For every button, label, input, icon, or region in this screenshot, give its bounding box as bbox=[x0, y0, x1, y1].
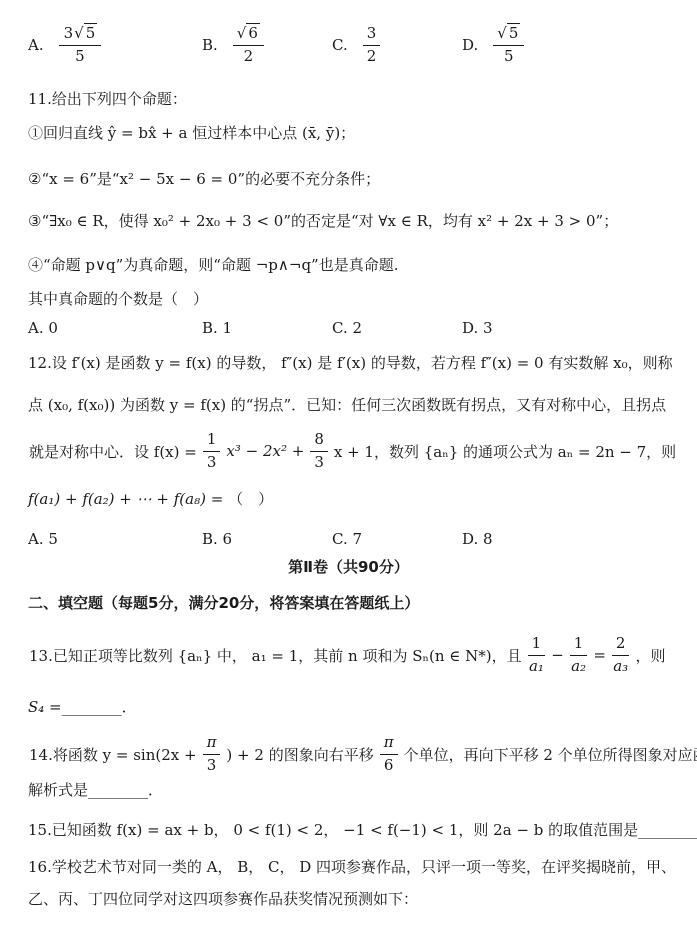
q12-fraction-2: 8 3 bbox=[310, 430, 328, 472]
q12-sum-expression: f(a₁) + f(a₂) + ⋯ + f(a₈) = bbox=[28, 490, 223, 508]
fraction-numerator: π bbox=[380, 733, 398, 755]
q12-line-4: f(a₁) + f(a₂) + ⋯ + f(a₈) = （ ） bbox=[28, 488, 273, 509]
q12-answer-a: A. 5 bbox=[28, 530, 58, 548]
fraction-denominator: 6 bbox=[384, 755, 394, 776]
radicand: 5 bbox=[507, 23, 521, 42]
sqrt-radical: √6 bbox=[237, 23, 260, 42]
fraction-denominator: 2 bbox=[367, 46, 377, 67]
fraction-numerator: 1 bbox=[528, 634, 546, 656]
fraction-denominator: a₂ bbox=[571, 656, 586, 677]
fraction-numerator: 1 bbox=[570, 634, 588, 656]
fill-in-header: 二、填空题（每题5分，满分20分，将答案填在答题纸上） bbox=[28, 592, 419, 613]
answer-blank: ________ bbox=[88, 781, 148, 799]
q11-answer-d: D. 3 bbox=[462, 319, 493, 337]
equals-sign: = bbox=[593, 646, 606, 664]
q11-answers-row: A. 0 B. 1 C. 2 D. 3 bbox=[0, 319, 697, 339]
q10-option-d: D. √5 5 bbox=[462, 24, 529, 66]
fraction-numerator: 3√5 bbox=[59, 24, 102, 46]
fraction-denominator: 3 bbox=[207, 452, 217, 473]
q11-item-4: ④“命题 p∨q”为真命题，则“命题 ¬p∧¬q”也是真命题. bbox=[28, 254, 398, 275]
q12-line3-tail: x + 1，数列 {aₙ} 的通项公式为 aₙ = 2n − 7，则 bbox=[334, 441, 676, 462]
q11-answer-c: C. 2 bbox=[332, 319, 362, 337]
q14-pre: 14.将函数 y = sin(2x + bbox=[29, 744, 197, 765]
fraction-denominator: 5 bbox=[75, 46, 85, 67]
q11-stem: 11.给出下列四个命题： bbox=[28, 88, 187, 109]
q13-tail: ，则 bbox=[635, 645, 665, 666]
q12-line-1: 12.设 f′(x) 是函数 y = f(x) 的导数， f″(x) 是 f′(… bbox=[28, 352, 673, 373]
q10-option-a: A. 3√5 5 bbox=[28, 24, 106, 66]
q10-option-a-fraction: 3√5 5 bbox=[59, 24, 102, 66]
q12-answer-b: B. 6 bbox=[202, 530, 232, 548]
q14-answer-label: 解析式是 bbox=[28, 781, 88, 799]
q12-answer-d: D. 8 bbox=[462, 530, 493, 548]
q13-answer-line: S₄ =________． bbox=[28, 696, 137, 717]
period: ． bbox=[122, 698, 137, 716]
radicand: 5 bbox=[84, 23, 98, 42]
q10-option-c-label: C. bbox=[332, 36, 348, 54]
fraction-numerator: π bbox=[203, 733, 221, 755]
fraction-denominator: a₃ bbox=[613, 656, 628, 677]
q11-item-1: ①回归直线 ŷ = bx̂ + a 恒过样本中心点 (x̄, ȳ)； bbox=[28, 122, 355, 143]
q10-option-b: B. √6 2 bbox=[202, 24, 269, 66]
fraction-numerator: 8 bbox=[310, 430, 328, 452]
q16-line-1: 16.学校艺术节对同一类的 A， B， C， D 四项参赛作品，只评一项一等奖，… bbox=[28, 856, 676, 877]
coefficient: 3 bbox=[64, 24, 74, 42]
q13-answer-lhs: S₄ = bbox=[28, 698, 62, 716]
q10-option-a-label: A. bbox=[28, 36, 44, 54]
q10-option-d-label: D. bbox=[462, 36, 478, 54]
fraction-denominator: 2 bbox=[244, 46, 254, 67]
q14-fraction-1: π 3 bbox=[203, 733, 221, 775]
q12-answers-row: A. 5 B. 6 C. 7 D. 8 bbox=[0, 530, 697, 550]
q13-line-1: 13.已知正项等比数列 {aₙ} 中， a₁ = 1，其前 n 项和为 Sₙ(n… bbox=[28, 634, 666, 676]
fraction-numerator: √6 bbox=[233, 24, 264, 46]
fraction-denominator: a₁ bbox=[529, 656, 544, 677]
sqrt-radical: √5 bbox=[497, 23, 520, 42]
q15-text: 15.已知函数 f(x) = ax + b， 0 < f(1) < 2， −1 … bbox=[28, 821, 638, 839]
q16-line-2: 乙、丙、丁四位同学对这四项参赛作品获奖情况预测如下： bbox=[28, 888, 418, 909]
minus-sign: − bbox=[551, 646, 564, 664]
answer-blank: ________ bbox=[62, 698, 122, 716]
q10-option-c-fraction: 3 2 bbox=[363, 24, 381, 66]
fraction-numerator: 1 bbox=[203, 430, 221, 452]
q11-item-2: ②“x = 6”是“x² − 5x − 6 = 0”的必要不充分条件； bbox=[28, 168, 380, 189]
q12-answer-bracket: （ ） bbox=[228, 490, 273, 508]
q12-line-3: 就是对称中心．设 f(x) = 1 3 x³ − 2x² + 8 3 x + 1… bbox=[28, 430, 677, 472]
q14-tail: 个单位，再向下平移 2 个单位所得图象对应函数的 bbox=[404, 744, 697, 765]
fraction-denominator: 3 bbox=[314, 452, 324, 473]
fraction-numerator: 3 bbox=[363, 24, 381, 46]
fraction-numerator: √5 bbox=[493, 24, 524, 46]
sqrt-radical: √5 bbox=[74, 23, 97, 42]
q13-pre: 13.已知正项等比数列 {aₙ} 中， a₁ = 1，其前 n 项和为 Sₙ(n… bbox=[29, 645, 522, 666]
q10-option-d-fraction: √5 5 bbox=[493, 24, 524, 66]
q12-fraction-1: 1 3 bbox=[203, 430, 221, 472]
q11-answer-a: A. 0 bbox=[28, 319, 58, 337]
q14-fraction-2: π 6 bbox=[380, 733, 398, 775]
q11-tail: 其中真命题的个数是（ ） bbox=[28, 288, 208, 309]
fraction-denominator: 5 bbox=[504, 46, 514, 67]
exam-page: A. 3√5 5 B. √6 2 C. 3 2 D. √5 5 bbox=[0, 0, 697, 926]
q14-mid: ) + 2 的图象向右平移 bbox=[226, 744, 373, 765]
period: ． bbox=[148, 781, 163, 799]
q12-line3-mid: x³ − 2x² + bbox=[226, 442, 304, 460]
q14-line-1: 14.将函数 y = sin(2x + π 3 ) + 2 的图象向右平移 π … bbox=[28, 733, 697, 775]
fraction-denominator: 3 bbox=[207, 755, 217, 776]
q13-fraction-b: 1 a₂ bbox=[570, 634, 588, 676]
answer-blank: ________ bbox=[638, 821, 697, 839]
q10-option-c: C. 3 2 bbox=[332, 24, 385, 66]
q10-option-b-fraction: √6 2 bbox=[233, 24, 264, 66]
q12-line3-pre: 就是对称中心．设 f(x) = bbox=[29, 441, 197, 462]
q11-item-3: ③“∃x₀ ∈ R，使得 x₀² + 2x₀ + 3 < 0”的否定是“对 ∀x… bbox=[28, 210, 618, 231]
q12-answer-c: C. 7 bbox=[332, 530, 362, 548]
q10-options-row: A. 3√5 5 B. √6 2 C. 3 2 D. √5 5 bbox=[0, 24, 697, 76]
q11-answer-b: B. 1 bbox=[202, 319, 232, 337]
q13-fraction-a: 1 a₁ bbox=[528, 634, 546, 676]
radicand: 6 bbox=[246, 23, 260, 42]
section2-title: 第Ⅱ卷（共90分） bbox=[0, 556, 697, 577]
q12-line-2: 点 (x₀, f(x₀)) 为函数 y = f(x) 的“拐点”．已知：任何三次… bbox=[28, 394, 666, 415]
fraction-numerator: 2 bbox=[612, 634, 630, 656]
q15-line: 15.已知函数 f(x) = ax + b， 0 < f(1) < 2， −1 … bbox=[28, 819, 697, 840]
q14-answer-line: 解析式是________． bbox=[28, 779, 163, 800]
q13-fraction-c: 2 a₃ bbox=[612, 634, 630, 676]
q10-option-b-label: B. bbox=[202, 36, 218, 54]
